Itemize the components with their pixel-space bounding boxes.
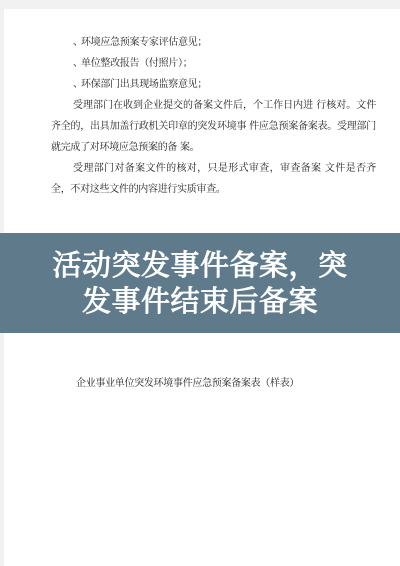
form-title: 企业事业单位突发环境事件应急预案备案表（样表）: [76, 377, 299, 391]
list-item: 、环境应急预案专家评估意见；: [51, 32, 376, 53]
list-item-text: 环保部门出具现场监察意见；: [81, 79, 207, 90]
list-marker: 、: [73, 74, 81, 95]
list-item-text: 单位整改报告（付照片）；: [81, 58, 192, 69]
banner-title: 活动突发事件备案，突发事件结束后备案: [45, 247, 355, 319]
list-item-text: 环境应急预案专家评估意见；: [81, 37, 207, 48]
title-banner: 活动突发事件备案，突发事件结束后备案: [0, 233, 400, 333]
list-marker: 、: [73, 32, 81, 53]
list-item: 、单位整改报告（付照片）；: [51, 53, 376, 74]
list-item: 、环保部门出具现场监察意见；: [51, 74, 376, 95]
list-marker: 、: [73, 53, 81, 74]
paragraph-review: 受理部门对备案文件的核对，只是形式审查，审查备案 文件是否齐全，不对这些文件的内…: [51, 158, 376, 200]
paragraph-acceptance: 受理部门在收到企业提交的备案文件后，个工作日内进 行核对。文件齐全的，出具加盖行…: [51, 95, 376, 158]
body-paragraphs: 受理部门在收到企业提交的备案文件后，个工作日内进 行核对。文件齐全的，出具加盖行…: [51, 95, 376, 200]
requirements-list: 、环境应急预案专家评估意见； 、单位整改报告（付照片）； 、环保部门出具现场监察…: [51, 32, 376, 95]
